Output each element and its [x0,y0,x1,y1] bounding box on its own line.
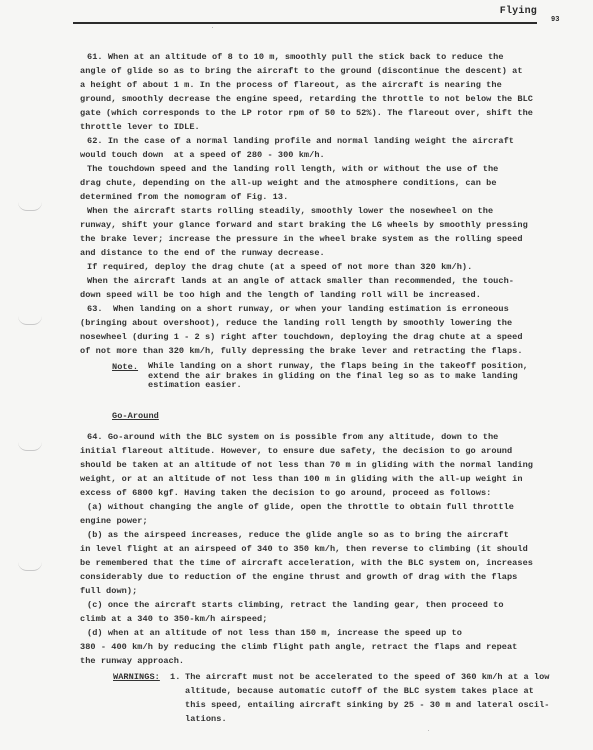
go-around-text-line: 380 - 400 km/h by reducing the climb fli… [80,642,517,652]
body-text-line: and distance to the end of the runway de… [80,248,325,258]
section-heading-go-around: Go-Around [112,411,159,421]
go-around-text-line: full down); [80,586,137,596]
punch-hole-mark [18,202,42,211]
go-around-text-line: considerably due to reduction of the eng… [80,572,517,582]
warnings-label: WARNINGS: [113,672,160,682]
go-around-text-line: the runway approach. [80,656,184,666]
punch-hole-mark [18,442,42,451]
go-around-text-line: initial flareout altitude. However, to e… [80,446,512,456]
body-text-line: angle of glide so as to bring the aircra… [80,66,523,76]
body-text-line: 62. In the case of a normal landing prof… [87,136,514,146]
body-text-line: When the aircraft lands at an angle of a… [87,276,514,286]
go-around-text-line: (d) when at an altitude of not less than… [87,628,462,638]
warning-line-2: altitude, because automatic cutoff of th… [185,686,534,696]
go-around-text-line: engine power; [80,516,148,526]
body-text-line: the brake lever; increase the pressure i… [80,234,523,244]
go-around-text-line: be remembered that the time of aircraft … [80,558,533,568]
body-text-line: throttle lever to IDLE. [80,122,200,132]
paper-speck [212,27,213,28]
note-line-3: estimation easier. [148,381,242,391]
body-text-line: The touchdown speed and the landing roll… [87,164,498,174]
warning-line-4: lations. [185,714,227,724]
body-text-line: nosewheel (during 1 - 2 s) right after t… [80,332,523,342]
body-text-line: (bringing about overshoot), reduce the l… [80,318,512,328]
go-around-text-line: 64. Go-around with the BLC system on is … [87,432,498,442]
body-text-line: drag chute, depending on the all-up weig… [80,178,497,188]
warning-item-number: 1. [170,672,180,682]
body-text-line: would touch down at a speed of 280 - 300… [80,150,325,160]
body-text-line: runway, shift your glance forward and st… [80,220,528,230]
punch-hole-mark [18,562,42,571]
warning-line-1: The aircraft must not be accelerated to … [185,672,550,682]
running-head: Flying [73,6,537,17]
body-text-line: of not more than 320 km/h, fully depress… [80,346,523,356]
body-text-line: When the aircraft starts rolling steadil… [87,206,493,216]
paper-speck [422,78,423,79]
go-around-text-line: weight, or at an altitude of not less th… [80,474,523,484]
go-around-text-line: climb at a 340 to 350-km/h airspeed; [80,614,267,624]
warning-line-3: this speed, entailing aircraft sinking b… [185,700,550,710]
go-around-text-line: excess of 6800 kgf. Having taken the dec… [80,488,491,498]
body-text-line: ground, smoothly decrease the engine spe… [80,94,533,104]
body-text-line: a height of about 1 m. In the process of… [80,80,502,90]
body-text-line: 61. When at an altitude of 8 to 10 m, sm… [87,52,504,62]
go-around-text-line: (c) once the aircraft starts climbing, r… [87,600,504,610]
body-text-line: 63. When landing on a short runway, or w… [87,304,509,314]
body-text-line: gate (which corresponds to the LP rotor … [80,108,533,118]
document-page: Flying 93 61. When at an altitude of 8 t… [0,0,593,750]
paper-speck [428,730,429,731]
body-text-line: If required, deploy the drag chute (at a… [87,262,472,272]
go-around-text-line: (b) as the airspeed increases, reduce th… [87,530,509,540]
punch-hole-mark [18,316,42,325]
page-number: 93 [551,16,559,24]
go-around-text-line: should be taken at an altitude of not le… [80,460,533,470]
body-text-line: down speed will be too high and the leng… [80,290,481,300]
note-label: Note. [112,362,138,372]
go-around-text-line: in level flight at an airspeed of 340 to… [80,544,528,554]
go-around-text-line: (a) without changing the angle of glide,… [87,502,514,512]
body-text-line: determined from the nomogram of Fig. 13. [80,192,288,202]
header-rule [73,22,537,24]
